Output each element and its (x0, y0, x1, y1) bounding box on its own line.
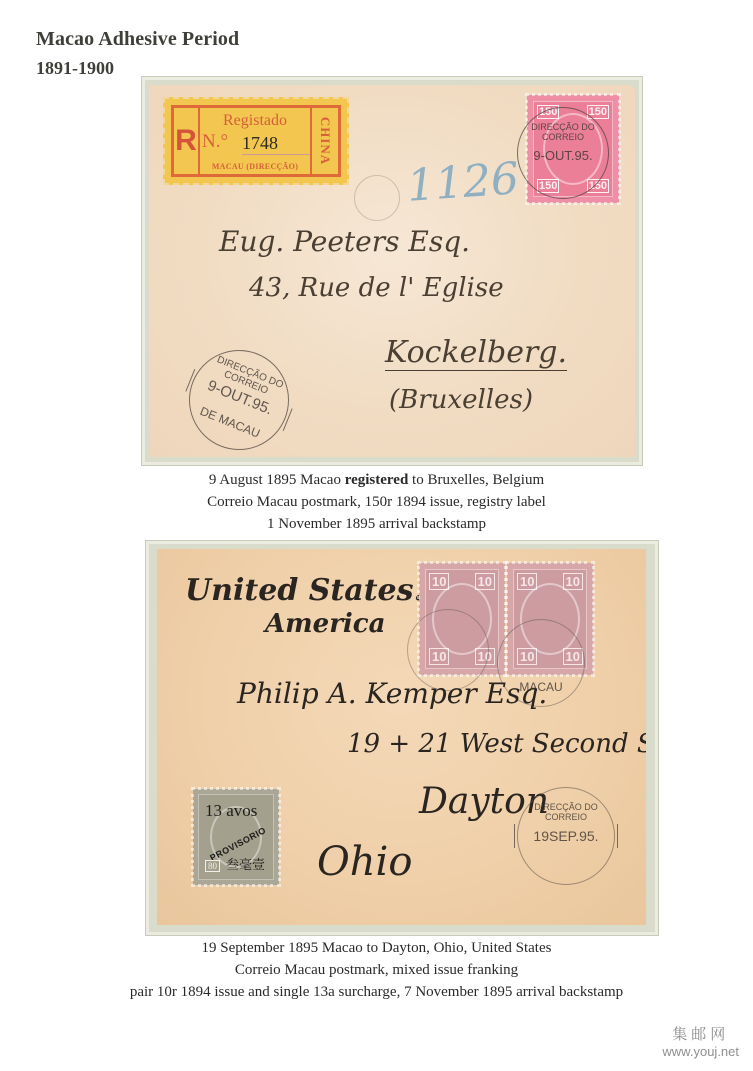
caption-2-line-1: 19 September 1895 Macao to Dayton, Ohio,… (0, 937, 753, 959)
faint-circle-mark (354, 175, 400, 221)
address-line-1: Philip A. Kemper Esq. (237, 677, 547, 710)
watermark-url: www.youj.net (662, 1044, 739, 1059)
caption-2-line-3: pair 10r 1894 issue and single 13a surch… (0, 981, 753, 1003)
destination-line-1: United States. (185, 573, 424, 608)
caption-1-line-3: 1 November 1895 arrival backstamp (0, 513, 753, 535)
registry-office: MACAU (DIRECÇÃO) (198, 162, 312, 171)
registry-country: CHINA (317, 117, 333, 165)
address-line-3: Kockelberg. (385, 335, 567, 371)
address-line-2: 43, Rue de l' Eglise (249, 273, 504, 303)
watermark-chinese: 集邮网 (662, 1023, 739, 1044)
address-line-4: (Bruxelles) (389, 385, 533, 415)
cover-1-mount: R Registado N.° 1748 MACAU (DIRECÇÃO) CH… (141, 76, 643, 466)
page-title: Macao Adhesive Period (36, 28, 239, 51)
cover-2-mount: United States. America 10 10 10 10 10 10… (145, 540, 659, 936)
registry-number-label: N.° (202, 131, 228, 153)
cover-1-envelope: R Registado N.° 1748 MACAU (DIRECÇÃO) CH… (149, 85, 635, 457)
pencil-note: 1126 (405, 153, 520, 212)
caption-cover-1: 9 August 1895 Macao registered to Bruxel… (0, 469, 753, 535)
postmark-macau: DIRECÇÃO DO CORREIO 19SEP.95. (517, 787, 615, 885)
caption-1-line-2: Correio Macau postmark, 150r 1894 issue,… (0, 491, 753, 513)
surcharge-text: 13 avos (205, 801, 257, 821)
caption-2-line-2: Correio Macau postmark, mixed issue fran… (0, 959, 753, 981)
address-line-4: Ohio (317, 839, 412, 885)
destination-line-2: America (265, 609, 385, 639)
page-subtitle: 1891-1900 (36, 58, 114, 79)
original-value: 80 (205, 860, 220, 872)
caption-cover-2: 19 September 1895 Macao to Dayton, Ohio,… (0, 937, 753, 1003)
postmark-on-stamp: DIRECÇÃO DO CORREIO 9-OUT.95. (517, 107, 609, 199)
caption-1-line-1: 9 August 1895 Macao registered to Bruxel… (0, 469, 753, 491)
registry-word: Registado (198, 112, 312, 130)
cover-2-envelope: United States. America 10 10 10 10 10 10… (157, 549, 646, 925)
address-line-2: 19 + 21 West Second Street (347, 729, 646, 759)
postmark-macau: DIRECÇÃO DO CORREIO 9-OUT.95. DE MACAU (174, 335, 304, 457)
site-watermark: 集邮网 www.youj.net (662, 1023, 739, 1059)
registry-label: R Registado N.° 1748 MACAU (DIRECÇÃO) CH… (163, 97, 349, 185)
registry-number: 1748 (242, 133, 312, 155)
stamp-13a-surcharge: 13 avos PROVISORIO 80 叁毫壹 (193, 789, 279, 885)
registry-r-mark: R (174, 108, 200, 174)
chinese-surcharge: 叁毫壹 (226, 854, 265, 873)
address-line-1: Eug. Peeters Esq. (219, 225, 470, 258)
